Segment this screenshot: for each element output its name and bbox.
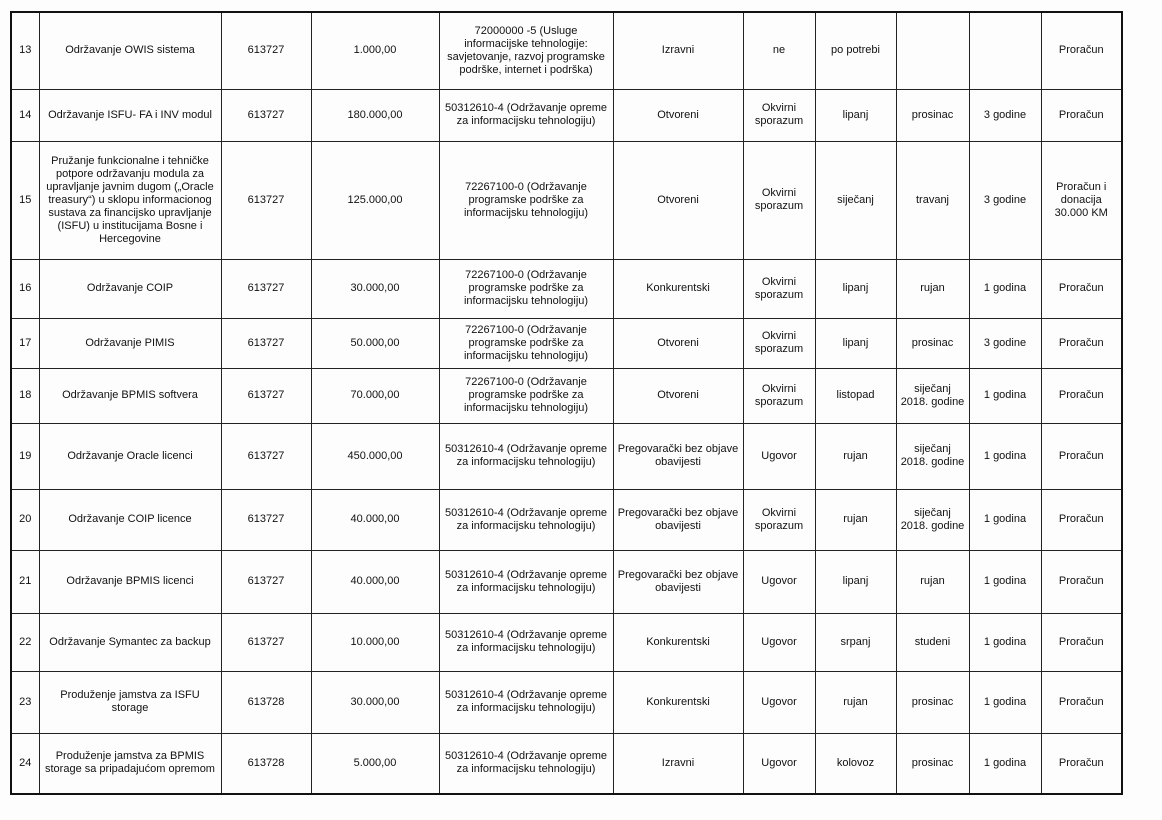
start-month: srpanj [815, 613, 896, 671]
estimated-amount: 1.000,00 [311, 12, 439, 89]
procurement-subject: Održavanje OWIS sistema [39, 12, 221, 89]
procedure-type: Pregovarački bez objave obavijesti [613, 489, 743, 550]
procurement-subject: Održavanje BPMIS licenci [39, 550, 221, 613]
cpv-code: 50312610-4 (Održavanje opreme za informa… [439, 89, 613, 141]
procurement-subject: Održavanje Symantec za backup [39, 613, 221, 671]
account-code: 613727 [221, 12, 311, 89]
estimated-amount: 70.000,00 [311, 368, 439, 423]
start-month: lipanj [815, 318, 896, 368]
procedure-type: Otvoreni [613, 368, 743, 423]
procedure-type: Otvoreni [613, 89, 743, 141]
end-month: prosinac [896, 318, 969, 368]
account-code: 613727 [221, 423, 311, 489]
start-month: kolovoz [815, 733, 896, 794]
contract-duration: 3 godine [969, 89, 1041, 141]
end-month: siječanj 2018. godine [896, 423, 969, 489]
account-code: 613728 [221, 733, 311, 794]
contract-duration: 1 godina [969, 368, 1041, 423]
funding-source: Proračun [1041, 318, 1122, 368]
contract-duration: 1 godina [969, 613, 1041, 671]
procedure-type: Otvoreni [613, 141, 743, 259]
start-month: lipanj [815, 259, 896, 318]
contract-type: ne [743, 12, 815, 89]
scanned-page: 13 Održavanje OWIS sistema 613727 1.000,… [0, 0, 1162, 820]
start-month: po potrebi [815, 12, 896, 89]
end-month: prosinac [896, 733, 969, 794]
row-number: 19 [11, 423, 39, 489]
row-number: 20 [11, 489, 39, 550]
table-row: 17 Održavanje PIMIS 613727 50.000,00 722… [11, 318, 1122, 368]
account-code: 613727 [221, 368, 311, 423]
start-month: rujan [815, 671, 896, 733]
funding-source: Proračun [1041, 613, 1122, 671]
start-month: siječanj [815, 141, 896, 259]
table-row: 13 Održavanje OWIS sistema 613727 1.000,… [11, 12, 1122, 89]
procedure-type: Konkurentski [613, 671, 743, 733]
procedure-type: Otvoreni [613, 318, 743, 368]
estimated-amount: 40.000,00 [311, 550, 439, 613]
procurement-subject: Održavanje Oracle licenci [39, 423, 221, 489]
funding-source: Proračun [1041, 368, 1122, 423]
cpv-code: 50312610-4 (Održavanje opreme za informa… [439, 550, 613, 613]
end-month: prosinac [896, 89, 969, 141]
end-month: rujan [896, 550, 969, 613]
row-number: 17 [11, 318, 39, 368]
table-row: 19 Održavanje Oracle licenci 613727 450.… [11, 423, 1122, 489]
contract-type: Ugovor [743, 613, 815, 671]
end-month: travanj [896, 141, 969, 259]
funding-source: Proračun [1041, 423, 1122, 489]
contract-duration: 1 godina [969, 671, 1041, 733]
cpv-code: 50312610-4 (Održavanje opreme za informa… [439, 423, 613, 489]
cpv-code: 50312610-4 (Održavanje opreme za informa… [439, 671, 613, 733]
procurement-subject: Održavanje COIP licence [39, 489, 221, 550]
table-row: 15 Pružanje funkcionalne i tehničke potp… [11, 141, 1122, 259]
contract-type: Ugovor [743, 671, 815, 733]
row-number: 13 [11, 12, 39, 89]
table-row: 22 Održavanje Symantec za backup 613727 … [11, 613, 1122, 671]
contract-type: Okvirni sporazum [743, 318, 815, 368]
funding-source: Proračun [1041, 89, 1122, 141]
contract-type: Ugovor [743, 423, 815, 489]
account-code: 613727 [221, 89, 311, 141]
account-code: 613728 [221, 671, 311, 733]
procedure-type: Izravni [613, 12, 743, 89]
funding-source: Proračun [1041, 671, 1122, 733]
procedure-type: Pregovarački bez objave obavijesti [613, 423, 743, 489]
cpv-code: 72267100-0 (Održavanje programske podršk… [439, 141, 613, 259]
account-code: 613727 [221, 259, 311, 318]
estimated-amount: 30.000,00 [311, 259, 439, 318]
contract-type: Okvirni sporazum [743, 141, 815, 259]
row-number: 23 [11, 671, 39, 733]
contract-duration: 1 godina [969, 259, 1041, 318]
funding-source: Proračun [1041, 12, 1122, 89]
contract-duration [969, 12, 1041, 89]
cpv-code: 50312610-4 (Održavanje opreme za informa… [439, 489, 613, 550]
table-row: 23 Produženje jamstva za ISFU storage 61… [11, 671, 1122, 733]
start-month: rujan [815, 423, 896, 489]
contract-type: Ugovor [743, 550, 815, 613]
cpv-code: 72267100-0 (Održavanje programske podršk… [439, 368, 613, 423]
cpv-code: 50312610-4 (Održavanje opreme za informa… [439, 613, 613, 671]
estimated-amount: 180.000,00 [311, 89, 439, 141]
procurement-subject: Produženje jamstva za BPMIS storage sa p… [39, 733, 221, 794]
table-row: 16 Održavanje COIP 613727 30.000,00 7226… [11, 259, 1122, 318]
estimated-amount: 5.000,00 [311, 733, 439, 794]
end-month: rujan [896, 259, 969, 318]
procedure-type: Izravni [613, 733, 743, 794]
account-code: 613727 [221, 141, 311, 259]
procurement-subject: Održavanje BPMIS softvera [39, 368, 221, 423]
funding-source: Proračun i donacija 30.000 KM [1041, 141, 1122, 259]
procedure-type: Konkurentski [613, 613, 743, 671]
estimated-amount: 125.000,00 [311, 141, 439, 259]
table-row: 20 Održavanje COIP licence 613727 40.000… [11, 489, 1122, 550]
funding-source: Proračun [1041, 550, 1122, 613]
account-code: 613727 [221, 489, 311, 550]
contract-duration: 1 godina [969, 550, 1041, 613]
start-month: lipanj [815, 89, 896, 141]
estimated-amount: 40.000,00 [311, 489, 439, 550]
row-number: 14 [11, 89, 39, 141]
estimated-amount: 30.000,00 [311, 671, 439, 733]
cpv-code: 72267100-0 (Održavanje programske podršk… [439, 318, 613, 368]
procurement-table: 13 Održavanje OWIS sistema 613727 1.000,… [10, 11, 1123, 795]
end-month [896, 12, 969, 89]
account-code: 613727 [221, 550, 311, 613]
funding-source: Proračun [1041, 489, 1122, 550]
account-code: 613727 [221, 318, 311, 368]
estimated-amount: 10.000,00 [311, 613, 439, 671]
contract-type: Okvirni sporazum [743, 89, 815, 141]
procurement-subject: Pružanje funkcionalne i tehničke potpore… [39, 141, 221, 259]
start-month: lipanj [815, 550, 896, 613]
row-number: 15 [11, 141, 39, 259]
procurement-subject: Produženje jamstva za ISFU storage [39, 671, 221, 733]
account-code: 613727 [221, 613, 311, 671]
row-number: 22 [11, 613, 39, 671]
contract-type: Okvirni sporazum [743, 368, 815, 423]
procurement-subject: Održavanje COIP [39, 259, 221, 318]
table-row: 24 Produženje jamstva za BPMIS storage s… [11, 733, 1122, 794]
end-month: siječanj 2018. godine [896, 489, 969, 550]
contract-type: Ugovor [743, 733, 815, 794]
end-month: studeni [896, 613, 969, 671]
funding-source: Proračun [1041, 259, 1122, 318]
funding-source: Proračun [1041, 733, 1122, 794]
row-number: 24 [11, 733, 39, 794]
contract-type: Okvirni sporazum [743, 259, 815, 318]
estimated-amount: 450.000,00 [311, 423, 439, 489]
contract-duration: 1 godina [969, 489, 1041, 550]
contract-duration: 1 godina [969, 733, 1041, 794]
estimated-amount: 50.000,00 [311, 318, 439, 368]
cpv-code: 72267100-0 (Održavanje programske podršk… [439, 259, 613, 318]
row-number: 21 [11, 550, 39, 613]
procedure-type: Pregovarački bez objave obavijesti [613, 550, 743, 613]
cpv-code: 50312610-4 (Održavanje opreme za informa… [439, 733, 613, 794]
row-number: 18 [11, 368, 39, 423]
row-number: 16 [11, 259, 39, 318]
procurement-subject: Održavanje ISFU- FA i INV modul [39, 89, 221, 141]
procurement-subject: Održavanje PIMIS [39, 318, 221, 368]
contract-type: Okvirni sporazum [743, 489, 815, 550]
table-row: 18 Održavanje BPMIS softvera 613727 70.0… [11, 368, 1122, 423]
table-row: 21 Održavanje BPMIS licenci 613727 40.00… [11, 550, 1122, 613]
start-month: listopad [815, 368, 896, 423]
contract-duration: 3 godine [969, 141, 1041, 259]
contract-duration: 3 godine [969, 318, 1041, 368]
start-month: rujan [815, 489, 896, 550]
cpv-code: 72000000 -5 (Usluge informacijske tehnol… [439, 12, 613, 89]
end-month: prosinac [896, 671, 969, 733]
table-row: 14 Održavanje ISFU- FA i INV modul 61372… [11, 89, 1122, 141]
procedure-type: Konkurentski [613, 259, 743, 318]
end-month: siječanj 2018. godine [896, 368, 969, 423]
contract-duration: 1 godina [969, 423, 1041, 489]
